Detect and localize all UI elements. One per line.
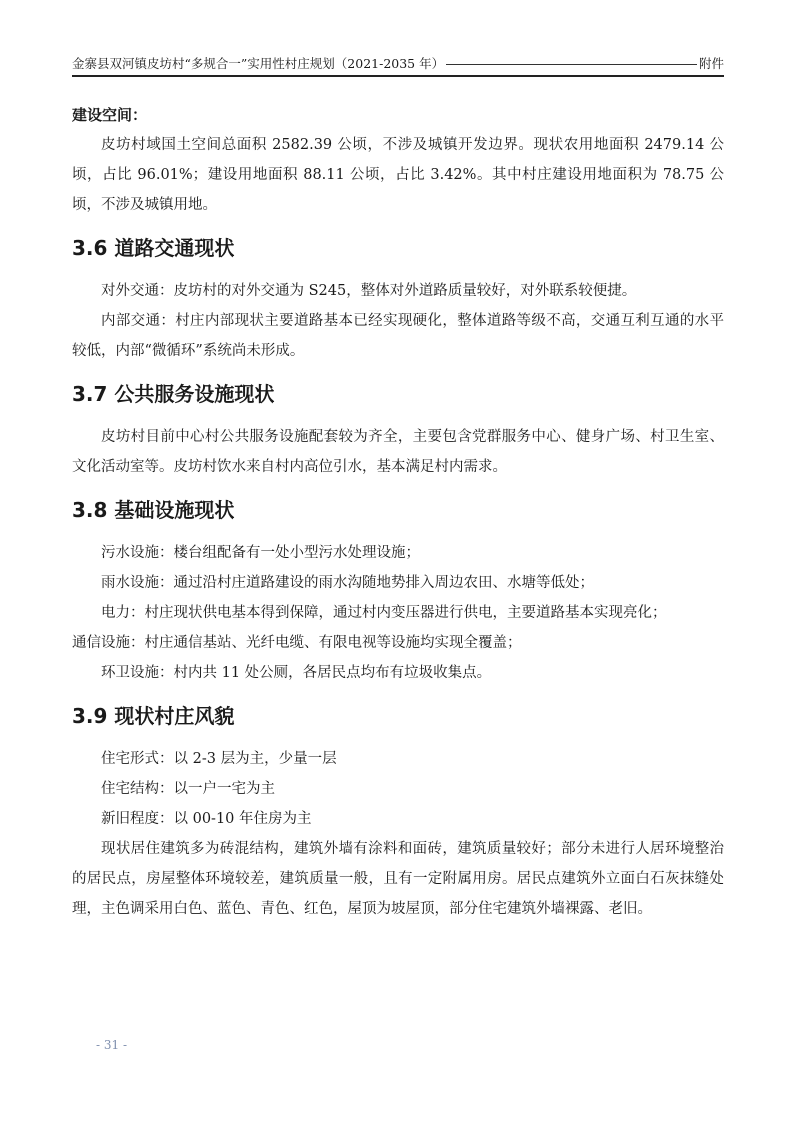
- paragraph: 新旧程度：以 00-10 年住房为主: [72, 804, 724, 834]
- paragraph: 雨水设施：通过沿村庄道路建设的雨水沟随地势排入周边农田、水塘等低处；: [72, 568, 724, 598]
- paragraph: 皮坊村域国土空间总面积 2582.39 公顷，不涉及城镇开发边界。现状农用地面积…: [72, 130, 724, 220]
- paragraph: 皮坊村目前中心村公共服务设施配套较为齐全，主要包含党群服务中心、健身广场、村卫生…: [72, 422, 724, 482]
- section-heading-3-8: 3.8 基础设施现状: [72, 492, 724, 528]
- paragraph: 环卫设施：村内共 11 处公厕，各居民点均布有垃圾收集点。: [72, 658, 724, 688]
- section-heading-3-9: 3.9 现状村庄风貌: [72, 698, 724, 734]
- header-title: 金寨县双河镇皮坊村“多规合一”实用性村庄规划（2021-2035 年）: [72, 54, 444, 74]
- header-dash-line: [446, 54, 697, 65]
- paragraph: 通信设施：村庄通信基站、光纤电缆、有限电视等设施均实现全覆盖；: [72, 628, 724, 658]
- paragraph: 内部交通：村庄内部现状主要道路基本已经实现硬化，整体道路等级不高，交通互利互通的…: [72, 306, 724, 366]
- paragraph: 现状居住建筑多为砖混结构，建筑外墙有涂料和面砖，建筑质量较好；部分未进行人居环境…: [72, 834, 724, 924]
- page-number: - 31 -: [96, 1038, 127, 1052]
- running-header: 金寨县双河镇皮坊村“多规合一”实用性村庄规划（2021-2035 年） 附件: [72, 54, 724, 74]
- section-heading-3-6: 3.6 道路交通现状: [72, 230, 724, 266]
- paragraph: 住宅结构：以一户一宅为主: [72, 774, 724, 804]
- construction-space-heading: 建设空间：: [72, 100, 724, 130]
- paragraph: 污水设施：楼台组配备有一处小型污水处理设施；: [72, 538, 724, 568]
- page-content: 建设空间： 皮坊村域国土空间总面积 2582.39 公顷，不涉及城镇开发边界。现…: [72, 100, 724, 924]
- paragraph: 对外交通：皮坊村的对外交通为 S245，整体对外道路质量较好，对外联系较便捷。: [72, 276, 724, 306]
- header-tag: 附件: [699, 54, 724, 74]
- paragraph: 电力：村庄现状供电基本得到保障，通过村内变压器进行供电，主要道路基本实现亮化；: [72, 598, 724, 628]
- header-rule: [72, 75, 724, 77]
- section-heading-3-7: 3.7 公共服务设施现状: [72, 376, 724, 412]
- paragraph: 住宅形式：以 2-3 层为主，少量一层: [72, 744, 724, 774]
